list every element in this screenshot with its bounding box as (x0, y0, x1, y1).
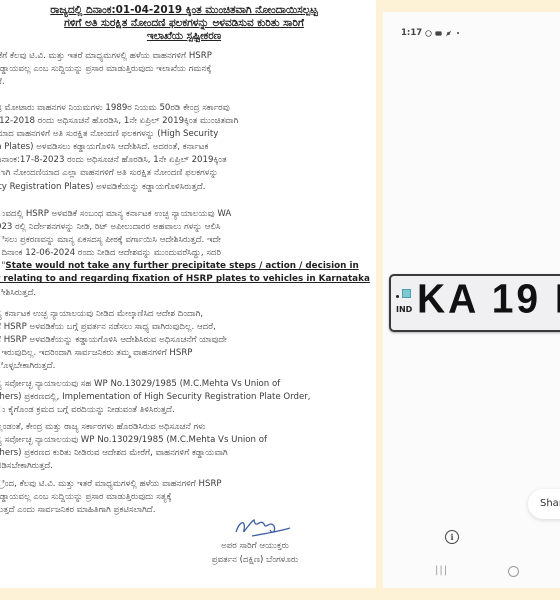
paragraph-line: ು ಕೈಗೊಂಡ ಕ್ರಮದ ಬಗ್ಗೆ ವರದಿಯನ್ನು ನೀಡುವಂತೆ … (0, 404, 370, 417)
paragraph-line: ನ್ಯ ಸರ್ವೋಚ್ಛ ನ್ಯಾಯಾಲಯವು ಸಹ WP No.13029/1… (0, 378, 370, 391)
paragraph-line: ್ರಿಂದ, ಕೆಲವು ಟಿ.ವಿ. ಮತ್ತು ಇತರೆ ಮಾಧ್ಯಮಗಳಲ… (0, 478, 370, 491)
signatory-office: ಪ್ರವರ್ತನ (ದಕ್ಷಿಣ) ಬೆಂಗಳೂರು (180, 555, 330, 565)
document-image: ರಾಜ್ಯದಲ್ಲಿ ದಿನಾಂಕ:01-04-2019 ಕ್ಕಿಂತ ಮುಂಚ… (0, 0, 376, 588)
paragraph-line: ಿಸಲು ಪ್ರಕರಣವನ್ನು ಮಾನ್ಯ ಏಕಸದಸ್ಯ ಪೀಠಕ್ಕೆ ವ… (0, 234, 370, 247)
paragraph-line: ಕಡ್ಡಾಯವಲ್ಲ ಎಂಬ ಸುದ್ದಿಯನ್ನು ಪ್ರಸಾರ ಮಾಡುತ್… (0, 491, 370, 504)
paragraph-line: r relating to and regarding fixation of … (0, 273, 370, 286)
chakra-hologram-icon (402, 289, 411, 298)
signatory-designation: ಅಪರ ಸಾರಿಗೆ ಆಯುಕ್ತರು (180, 541, 330, 551)
paragraph-line: ಗೆ HSRP ಅಳವಡಿಕೆಯನ್ನು ಕಡ್ಡಾಯಗೊಳಿಸಿ ಆದೇಶಿಸ… (0, 334, 370, 347)
nav-recents-button[interactable]: ||| (435, 565, 448, 576)
paragraph-1: ಚೆಗೆ ಕೆಲವು ಟಿ.ವಿ. ಮತ್ತು ಇತರೆ ಮಾಧ್ಯಮಗಳಲ್ಲ… (0, 50, 370, 89)
paragraph-5: ನ್ಯ ಸರ್ವೋಚ್ಛ ನ್ಯಾಯಾಲಯವು ಸಹ WP No.13029/1… (0, 378, 370, 417)
info-icon[interactable]: i (445, 530, 459, 544)
paragraph-line: ದಿನಾಂಕ:17-8-2023 ರಂದು ಅಧಿಸೂಚನೆ ಹೊರಡಿಸಿ, … (0, 154, 370, 167)
paragraph-line: ದೆ. (0, 76, 370, 89)
share-button[interactable]: Shar (528, 489, 560, 519)
status-time: 1:17 (401, 28, 422, 38)
paragraph-line: ನ್ಯ ಕರ್ನಾಟಕ ಉಚ್ಛ ನ್ಯಾಯಾಲಯವು ನೀಡಿದ ಮೇಲ್ಕಾ… (0, 308, 370, 321)
court-quote: r relating to and regarding fixation of … (0, 274, 370, 284)
paragraph-7: ್ರಿಂದ, ಕೆಲವು ಟಿ.ವಿ. ಮತ್ತು ಇತರೆ ಮಾಧ್ಯಮಗಳಲ… (0, 478, 370, 517)
paragraph-line: ity Registration Plates) ಅಳವಡಿಕೆಯನ್ನು ಕಡ… (0, 181, 370, 194)
hologram-dot (396, 295, 399, 298)
signature-icon (232, 514, 292, 540)
status-bar: 1:17 (401, 28, 459, 38)
paragraph-line: ಯಾದ ವಾಹನಗಳಿಗೆ ಅತಿ ಸುರಕ್ಷಿತ ನೋಂದಣಿ ಫಲಕಗಳನ… (0, 128, 370, 141)
paragraph-line: ದ್ರ ಮೋಟಾರು ವಾಹನಗಳ ನಿಯಮಗಳು 1989ರ ನಿಯಮ 50ರ… (0, 102, 370, 115)
paragraph-line: ವಡಿಸಬೇಕಾಗಿರುತ್ತದೆ. (0, 460, 370, 473)
youtube-icon (435, 30, 442, 37)
paragraph-line: thers) ಪ್ರಕರಣದ ಕುರಿತು ನೀಡಿರುವ ಆದೇಶದ ಮೇರೆ… (0, 447, 370, 460)
plate-number: KA 19 P 8 (417, 277, 560, 323)
paragraph-line: 023 ರಲ್ಲಿ ನಿರ್ದೇಶನಗಳನ್ನು ನೀಡಿ, ರಿಟ್ ಅಪೀಲ… (0, 221, 370, 234)
paragraph-6: ಲ್ಲಂಡಂತೆ, ಕೇಂದ್ರ ಮತ್ತು ರಾಜ್ಯ ಸರ್ಕಾರಗಳು ಹ… (0, 421, 370, 473)
paragraph-line: ನ್ಯ ಸರ್ವೋಚ್ಛ ನ್ಯಾಯಾಲಯವು WP No.13029/1985… (0, 434, 370, 447)
paragraph-line: -12-2018 ರಂದು ಅಧಿಸೂಚನೆ ಹೊರಡಿಸಿ, 1ನೇ ಏಪ್ರ… (0, 115, 370, 128)
dot-icon (457, 32, 459, 34)
paragraph-line: n Plates) ಅಳವಡಿಸಲು ಕಡ್ಡಾಯಗೊಳಿಸಿ ಆದೇಶಿಸಿದ… (0, 141, 370, 154)
paragraph-2: ದ್ರ ಮೋಟಾರು ವಾಹನಗಳ ನಿಯಮಗಳು 1989ರ ನಿಯಮ 50ರ… (0, 102, 370, 194)
link-icon (445, 30, 452, 37)
paragraph-line: ೇಶಿಸಿರುತ್ತದೆ. (0, 287, 370, 300)
paragraph-line: ುವದಲ್ಲಿ HSRP ಅಳವಡಿಕೆ ಸಂಬಂಧ ಮಾನ್ಯ ಕರ್ನಾಟಕ… (0, 208, 370, 221)
license-plate-image: IND KA 19 P 8 (389, 274, 560, 332)
phone-screenshot: 1:17 IND KA 19 P 8 Shar i ||| (383, 12, 560, 588)
title-line: ಗಳಿಗೆ ಅತಿ ಸುರಕ್ಷಿತ ನೋಂದಣಿ ಫಲಕಗಳನ್ನು ಅಳವಡ… (0, 17, 374, 30)
title-line: ಇಲಾಖೆಯ ಸ್ಪಷ್ಟೀಕರಣ (0, 30, 374, 43)
paragraph-line: ರುತ್ತದೆ ಎಂದು ಸಾರ್ವಜನಿಕರ ಮಾಹಿತಿಗಾಗಿ ಪ್ರಕಟ… (0, 504, 370, 517)
whatsapp-icon (425, 30, 432, 37)
paragraph-4: ನ್ಯ ಕರ್ನಾಟಕ ಉಚ್ಛ ನ್ಯಾಯಾಲಯವು ನೀಡಿದ ಮೇಲ್ಕಾ… (0, 308, 370, 373)
paragraph-line: , ದಿನಾಂಕ 12-06-2024 ರಂದು ನೀಡಿದ ಆದೇಶವನ್ನು… (0, 247, 370, 260)
paragraph-line: . "State would not take any further prec… (0, 260, 370, 273)
court-quote: State would not take any further precipi… (5, 261, 358, 271)
country-code: IND (396, 305, 412, 314)
paragraph-line: , ಇರುವುದಿಲ್ಲ. ಇದರಿಂದಾಗಿ ಸಾರ್ವಜನಿಕರು ತಮ್ಮ… (0, 347, 370, 360)
title-line: ರಾಜ್ಯದಲ್ಲಿ ದಿನಾಂಕ:01-04-2019 ಕ್ಕಿಂತ ಮುಂಚ… (0, 4, 374, 17)
paragraph-line: ಲ್ಲಂಡಂತೆ, ಕೇಂದ್ರ ಮತ್ತು ರಾಜ್ಯ ಸರ್ಕಾರಗಳು ಹ… (0, 421, 370, 434)
document-title: ರಾಜ್ಯದಲ್ಲಿ ದಿನಾಂಕ:01-04-2019 ಕ್ಕಿಂತ ಮುಂಚ… (0, 4, 374, 43)
paragraph-line: ಕಡ್ಡಾಯವಲ್ಲ ಎಂಬ ಸುದ್ದಿಯನ್ನು ಪ್ರಸಾರ ಮಾಡುತ್… (0, 63, 370, 76)
paragraph-line: ಚೆಗೆ ಕೆಲವು ಟಿ.ವಿ. ಮತ್ತು ಇತರೆ ಮಾಧ್ಯಮಗಳಲ್ಲ… (0, 50, 370, 63)
paragraph-3: ುವದಲ್ಲಿ HSRP ಅಳವಡಿಕೆ ಸಂಬಂಧ ಮಾನ್ಯ ಕರ್ನಾಟಕ… (0, 208, 370, 300)
nav-home-button[interactable] (508, 566, 519, 577)
paragraph-line: ಗೆ HSRP ಅಳವಡಿಕೆಯ ಬಗ್ಗೆ ಪ್ರವರ್ತನ ನಡೆಸಲು ಸ… (0, 321, 370, 334)
paragraph-line: ಾಗಿ ನೋಂದಣಿಯಾದ ಎಲ್ಲಾ ವಾಹನಗಳಿಗೆ ಅತಿ ಸುರಕ್ಷ… (0, 167, 370, 180)
paragraph-line: thers) ಪ್ರಕರಣದಲ್ಲಿ, Implementation of Hi… (0, 391, 370, 404)
paragraph-line: ೊಳ್ಳಬೇಕಾಗಿರುತ್ತದೆ. (0, 360, 370, 373)
